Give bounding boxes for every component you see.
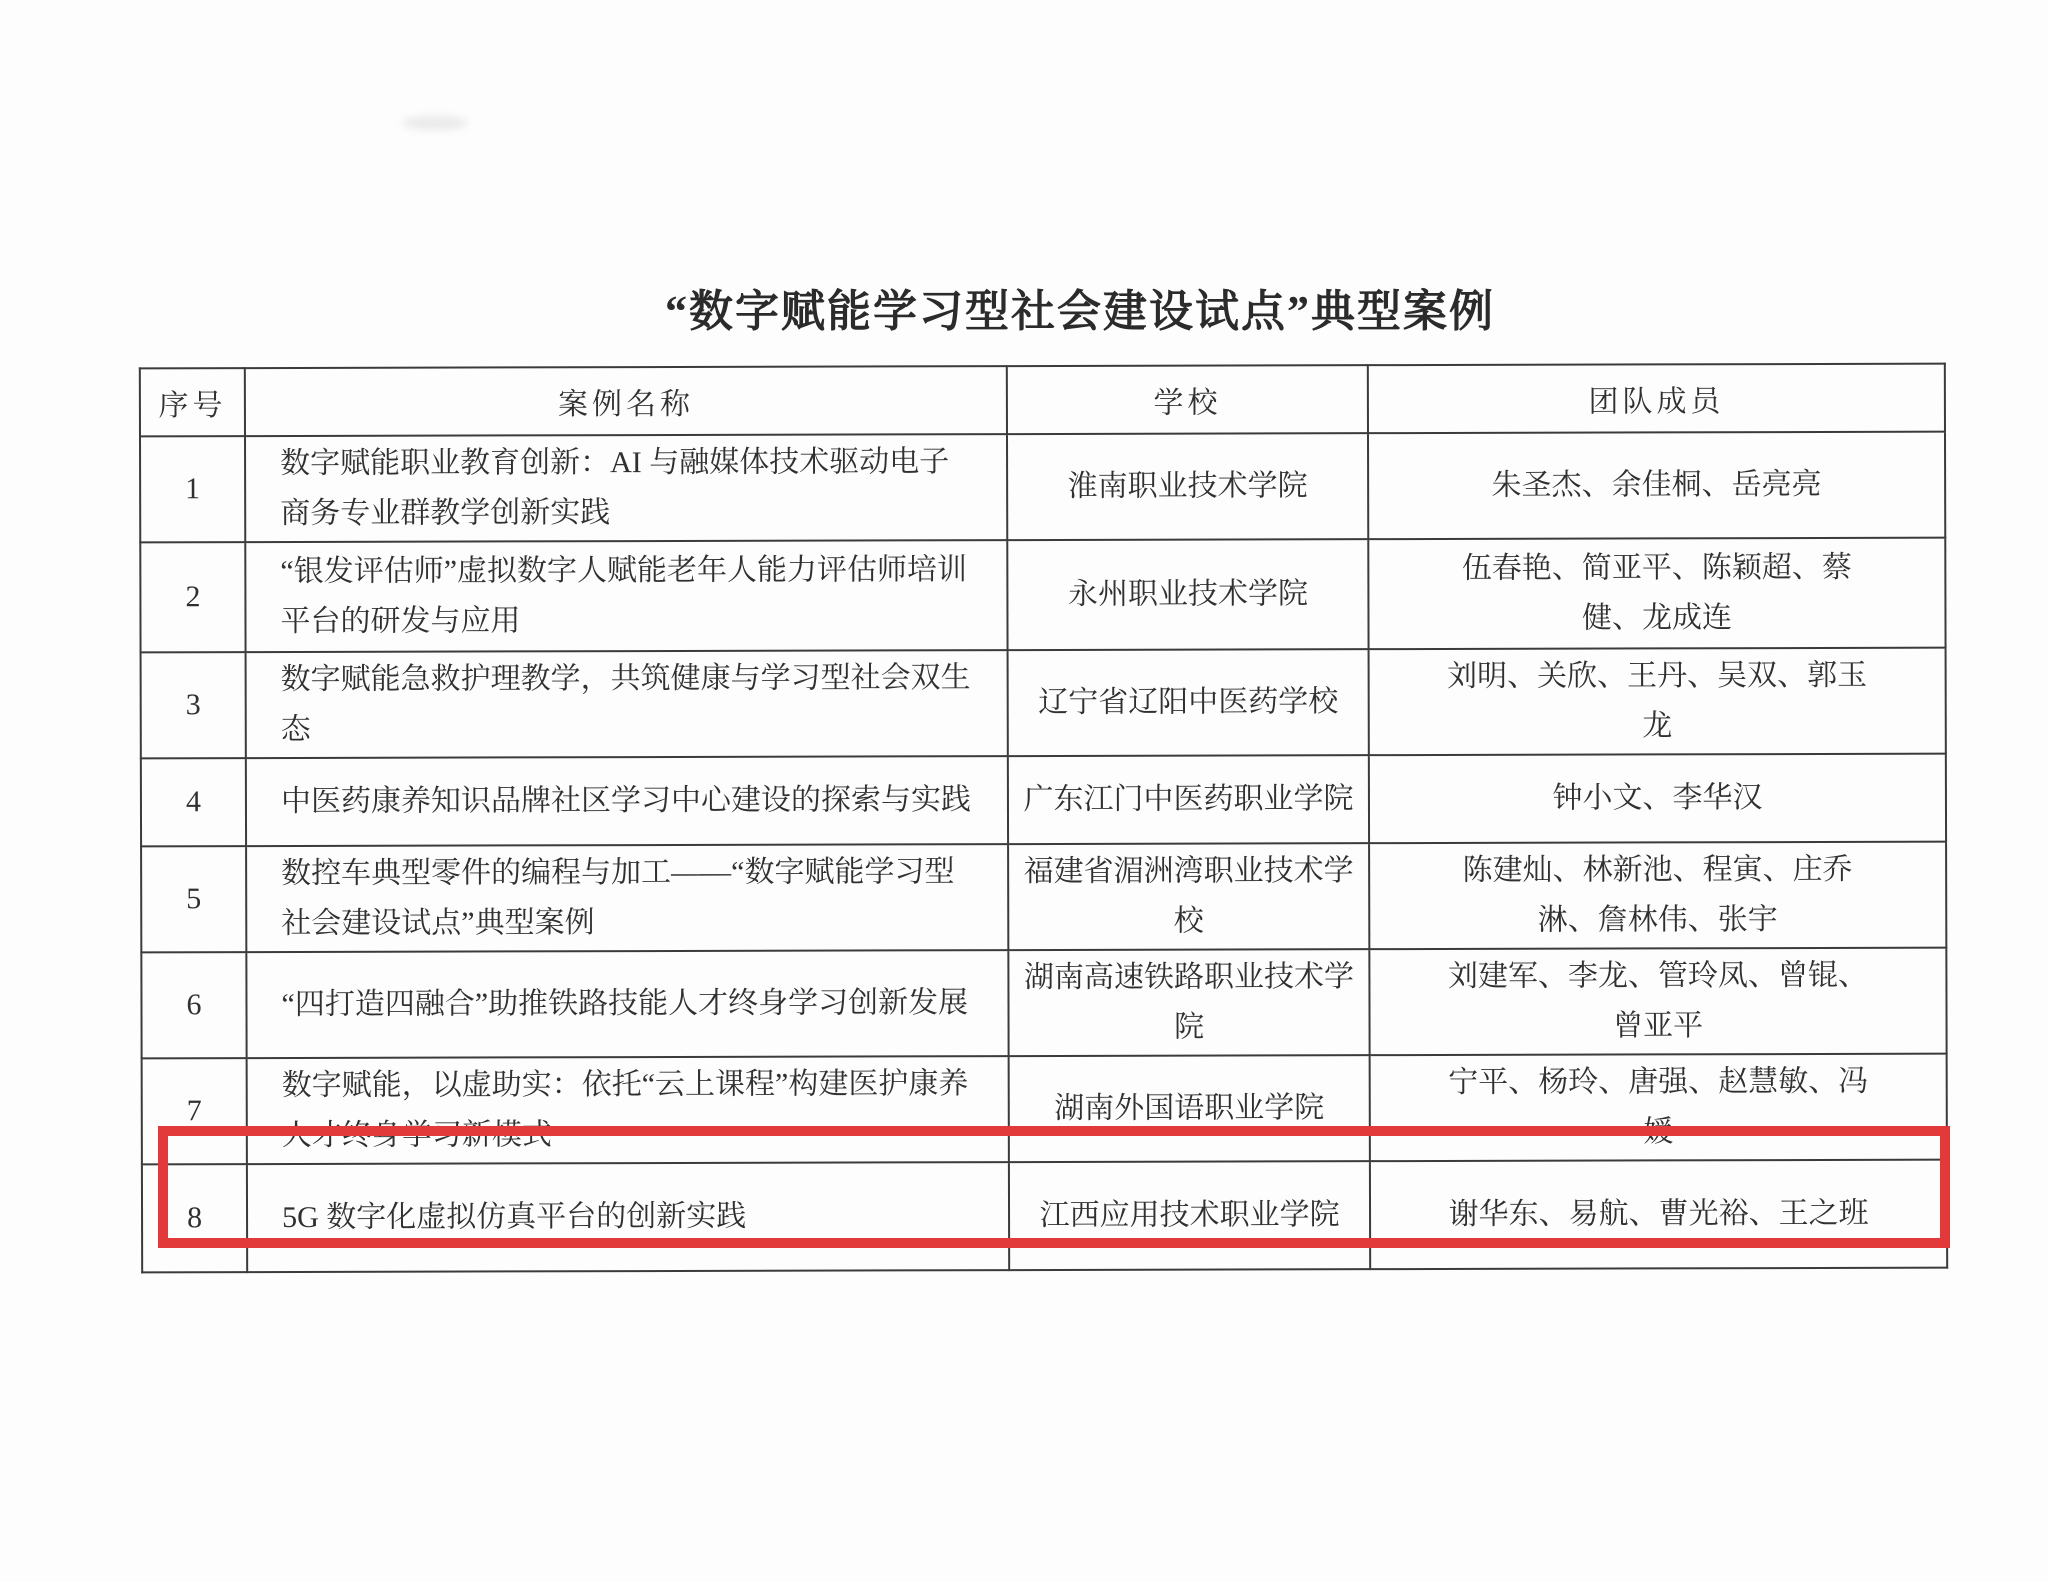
table-row: 3 数字赋能急救护理教学，共筑健康与学习型社会双生态 辽宁省辽阳中医药学校 刘明… bbox=[141, 648, 1946, 759]
cell-index: 7 bbox=[142, 1058, 247, 1164]
cell-index: 1 bbox=[140, 436, 245, 542]
cell-school: 广东江门中医药职业学院 bbox=[1008, 755, 1369, 844]
cell-case-name: “银发评估师”虚拟数字人赋能老年人能力评估师培训平台的研发与应用 bbox=[245, 540, 1007, 652]
cell-school: 湖南高速铁路职业技术学院 bbox=[1008, 949, 1369, 1056]
column-header-school: 学校 bbox=[1007, 365, 1368, 434]
cell-team: 陈建灿、林新池、程寅、庄乔淋、詹林伟、张宇 bbox=[1369, 842, 1946, 950]
cell-team: 朱圣杰、余佳桐、岳亮亮 bbox=[1368, 432, 1945, 540]
cell-school: 淮南职业技术学院 bbox=[1007, 433, 1368, 540]
cell-school: 湖南外国语职业学院 bbox=[1009, 1055, 1370, 1162]
table-row: 2 “银发评估师”虚拟数字人赋能老年人能力评估师培训平台的研发与应用 永州职业技… bbox=[140, 538, 1945, 653]
column-header-case: 案例名称 bbox=[245, 366, 1007, 436]
cell-school: 福建省湄洲湾职业技术学校 bbox=[1008, 843, 1369, 950]
column-header-index: 序号 bbox=[140, 368, 245, 436]
table-row: 5 数控车典型零件的编程与加工——“数字赋能学习型社会建设试点”典型案例 福建省… bbox=[141, 842, 1946, 953]
cell-school: 江西应用技术职业学院 bbox=[1009, 1161, 1370, 1270]
cell-team: 刘明、关欣、王丹、吴双、郭玉龙 bbox=[1369, 648, 1946, 756]
cases-table: 序号 案例名称 学校 团队成员 1 数字赋能职业教育创新：AI 与融媒体技术驱动… bbox=[139, 363, 1948, 1274]
table-row: 4 中医药康养知识品牌社区学习中心建设的探索与实践 广东江门中医药职业学院 钟小… bbox=[141, 754, 1946, 847]
cell-case-name: 中医药康养知识品牌社区学习中心建设的探索与实践 bbox=[246, 756, 1008, 846]
scan-smudge-artifact bbox=[402, 116, 468, 130]
cell-index: 2 bbox=[140, 542, 245, 652]
table-header-row: 序号 案例名称 学校 团队成员 bbox=[140, 364, 1945, 437]
cell-case-name: 数字赋能，以虚助实：依托“云上课程”构建医护康养人才终身学习新模式 bbox=[247, 1056, 1009, 1164]
cell-team: 谢华东、易航、曹光裕、王之班 bbox=[1370, 1160, 1947, 1270]
table-row: 8 5G 数字化虚拟仿真平台的创新实践 江西应用技术职业学院 谢华东、易航、曹光… bbox=[142, 1160, 1947, 1273]
cell-index: 4 bbox=[141, 758, 246, 846]
column-header-team: 团队成员 bbox=[1368, 364, 1945, 434]
cell-team: 刘建军、李龙、管玲凤、曾锟、曾亚平 bbox=[1369, 948, 1946, 1056]
cell-index: 6 bbox=[141, 952, 246, 1058]
cases-table-container: 序号 案例名称 学校 团队成员 1 数字赋能职业教育创新：AI 与融媒体技术驱动… bbox=[139, 363, 1948, 1274]
table-row: 7 数字赋能，以虚助实：依托“云上课程”构建医护康养人才终身学习新模式 湖南外国… bbox=[142, 1054, 1947, 1165]
cell-index: 8 bbox=[142, 1164, 247, 1272]
cell-team: 宁平、杨玲、唐强、赵慧敏、冯媛 bbox=[1370, 1054, 1947, 1162]
cell-case-name: 数控车典型零件的编程与加工——“数字赋能学习型社会建设试点”典型案例 bbox=[246, 844, 1008, 952]
cell-case-name: 5G 数字化虚拟仿真平台的创新实践 bbox=[247, 1162, 1009, 1272]
cell-case-name: 数字赋能职业教育创新：AI 与融媒体技术驱动电子商务专业群教学创新实践 bbox=[245, 434, 1007, 542]
cell-school: 永州职业技术学院 bbox=[1007, 539, 1368, 650]
table-row: 1 数字赋能职业教育创新：AI 与融媒体技术驱动电子商务专业群教学创新实践 淮南… bbox=[140, 432, 1945, 543]
cell-index: 3 bbox=[141, 652, 246, 758]
scanned-document-page: “数字赋能学习型社会建设试点”典型案例 序号 案例名称 学校 团队成员 1 数字… bbox=[0, 0, 2048, 1582]
cell-case-name: 数字赋能急救护理教学，共筑健康与学习型社会双生态 bbox=[246, 650, 1008, 758]
table-body: 1 数字赋能职业教育创新：AI 与融媒体技术驱动电子商务专业群教学创新实践 淮南… bbox=[140, 432, 1947, 1273]
cell-school: 辽宁省辽阳中医药学校 bbox=[1008, 649, 1369, 756]
page-title: “数字赋能学习型社会建设试点”典型案例 bbox=[0, 275, 2048, 339]
cell-team: 钟小文、李华汉 bbox=[1369, 754, 1946, 844]
cell-team: 伍春艳、简亚平、陈颖超、蔡健、龙成连 bbox=[1368, 538, 1945, 650]
table-row: 6 “四打造四融合”助推铁路技能人才终身学习创新发展 湖南高速铁路职业技术学院 … bbox=[141, 948, 1946, 1059]
cell-case-name: “四打造四融合”助推铁路技能人才终身学习创新发展 bbox=[246, 950, 1008, 1058]
cell-index: 5 bbox=[141, 846, 246, 952]
